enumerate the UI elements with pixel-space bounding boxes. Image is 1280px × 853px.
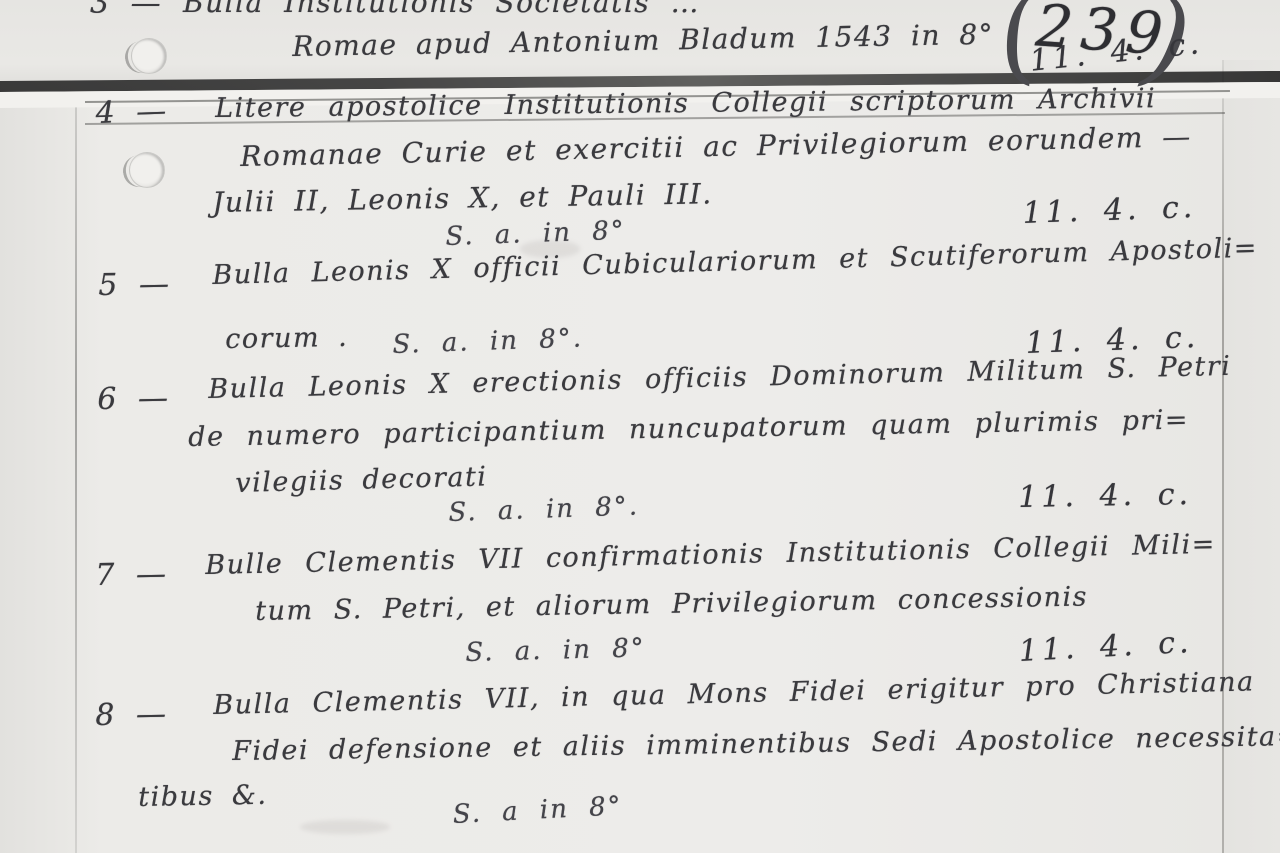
entry-number: 8 —	[95, 697, 168, 733]
manuscript-scan: 3 — Bulla Institutionis Societatis … Rom…	[0, 0, 1280, 853]
format-note: S. a. in 8°	[445, 216, 626, 252]
entry-number: 5 —	[98, 267, 171, 303]
hole-punch	[131, 38, 167, 74]
entry-text-line: corum .	[225, 322, 348, 355]
entry-text-line: vilegiis decorati	[235, 461, 488, 499]
entry-number: 4 —	[95, 93, 169, 131]
shelf-mark: 11. 4. c.	[1018, 477, 1192, 515]
shelf-mark: 11. 4. c.	[1022, 190, 1197, 231]
entry-text-line: tibus &.	[138, 780, 268, 813]
page-left-crease	[75, 92, 77, 853]
entry-number: 7 —	[95, 557, 168, 593]
hole-punch	[129, 152, 165, 188]
format-note: S. a. in 8°	[465, 633, 646, 668]
entry-number: 6 —	[97, 381, 170, 417]
stain	[300, 820, 390, 834]
entry-text-line: Bulla Institutionis Societatis …	[183, 0, 700, 19]
entry-number: 3 —	[90, 0, 163, 21]
